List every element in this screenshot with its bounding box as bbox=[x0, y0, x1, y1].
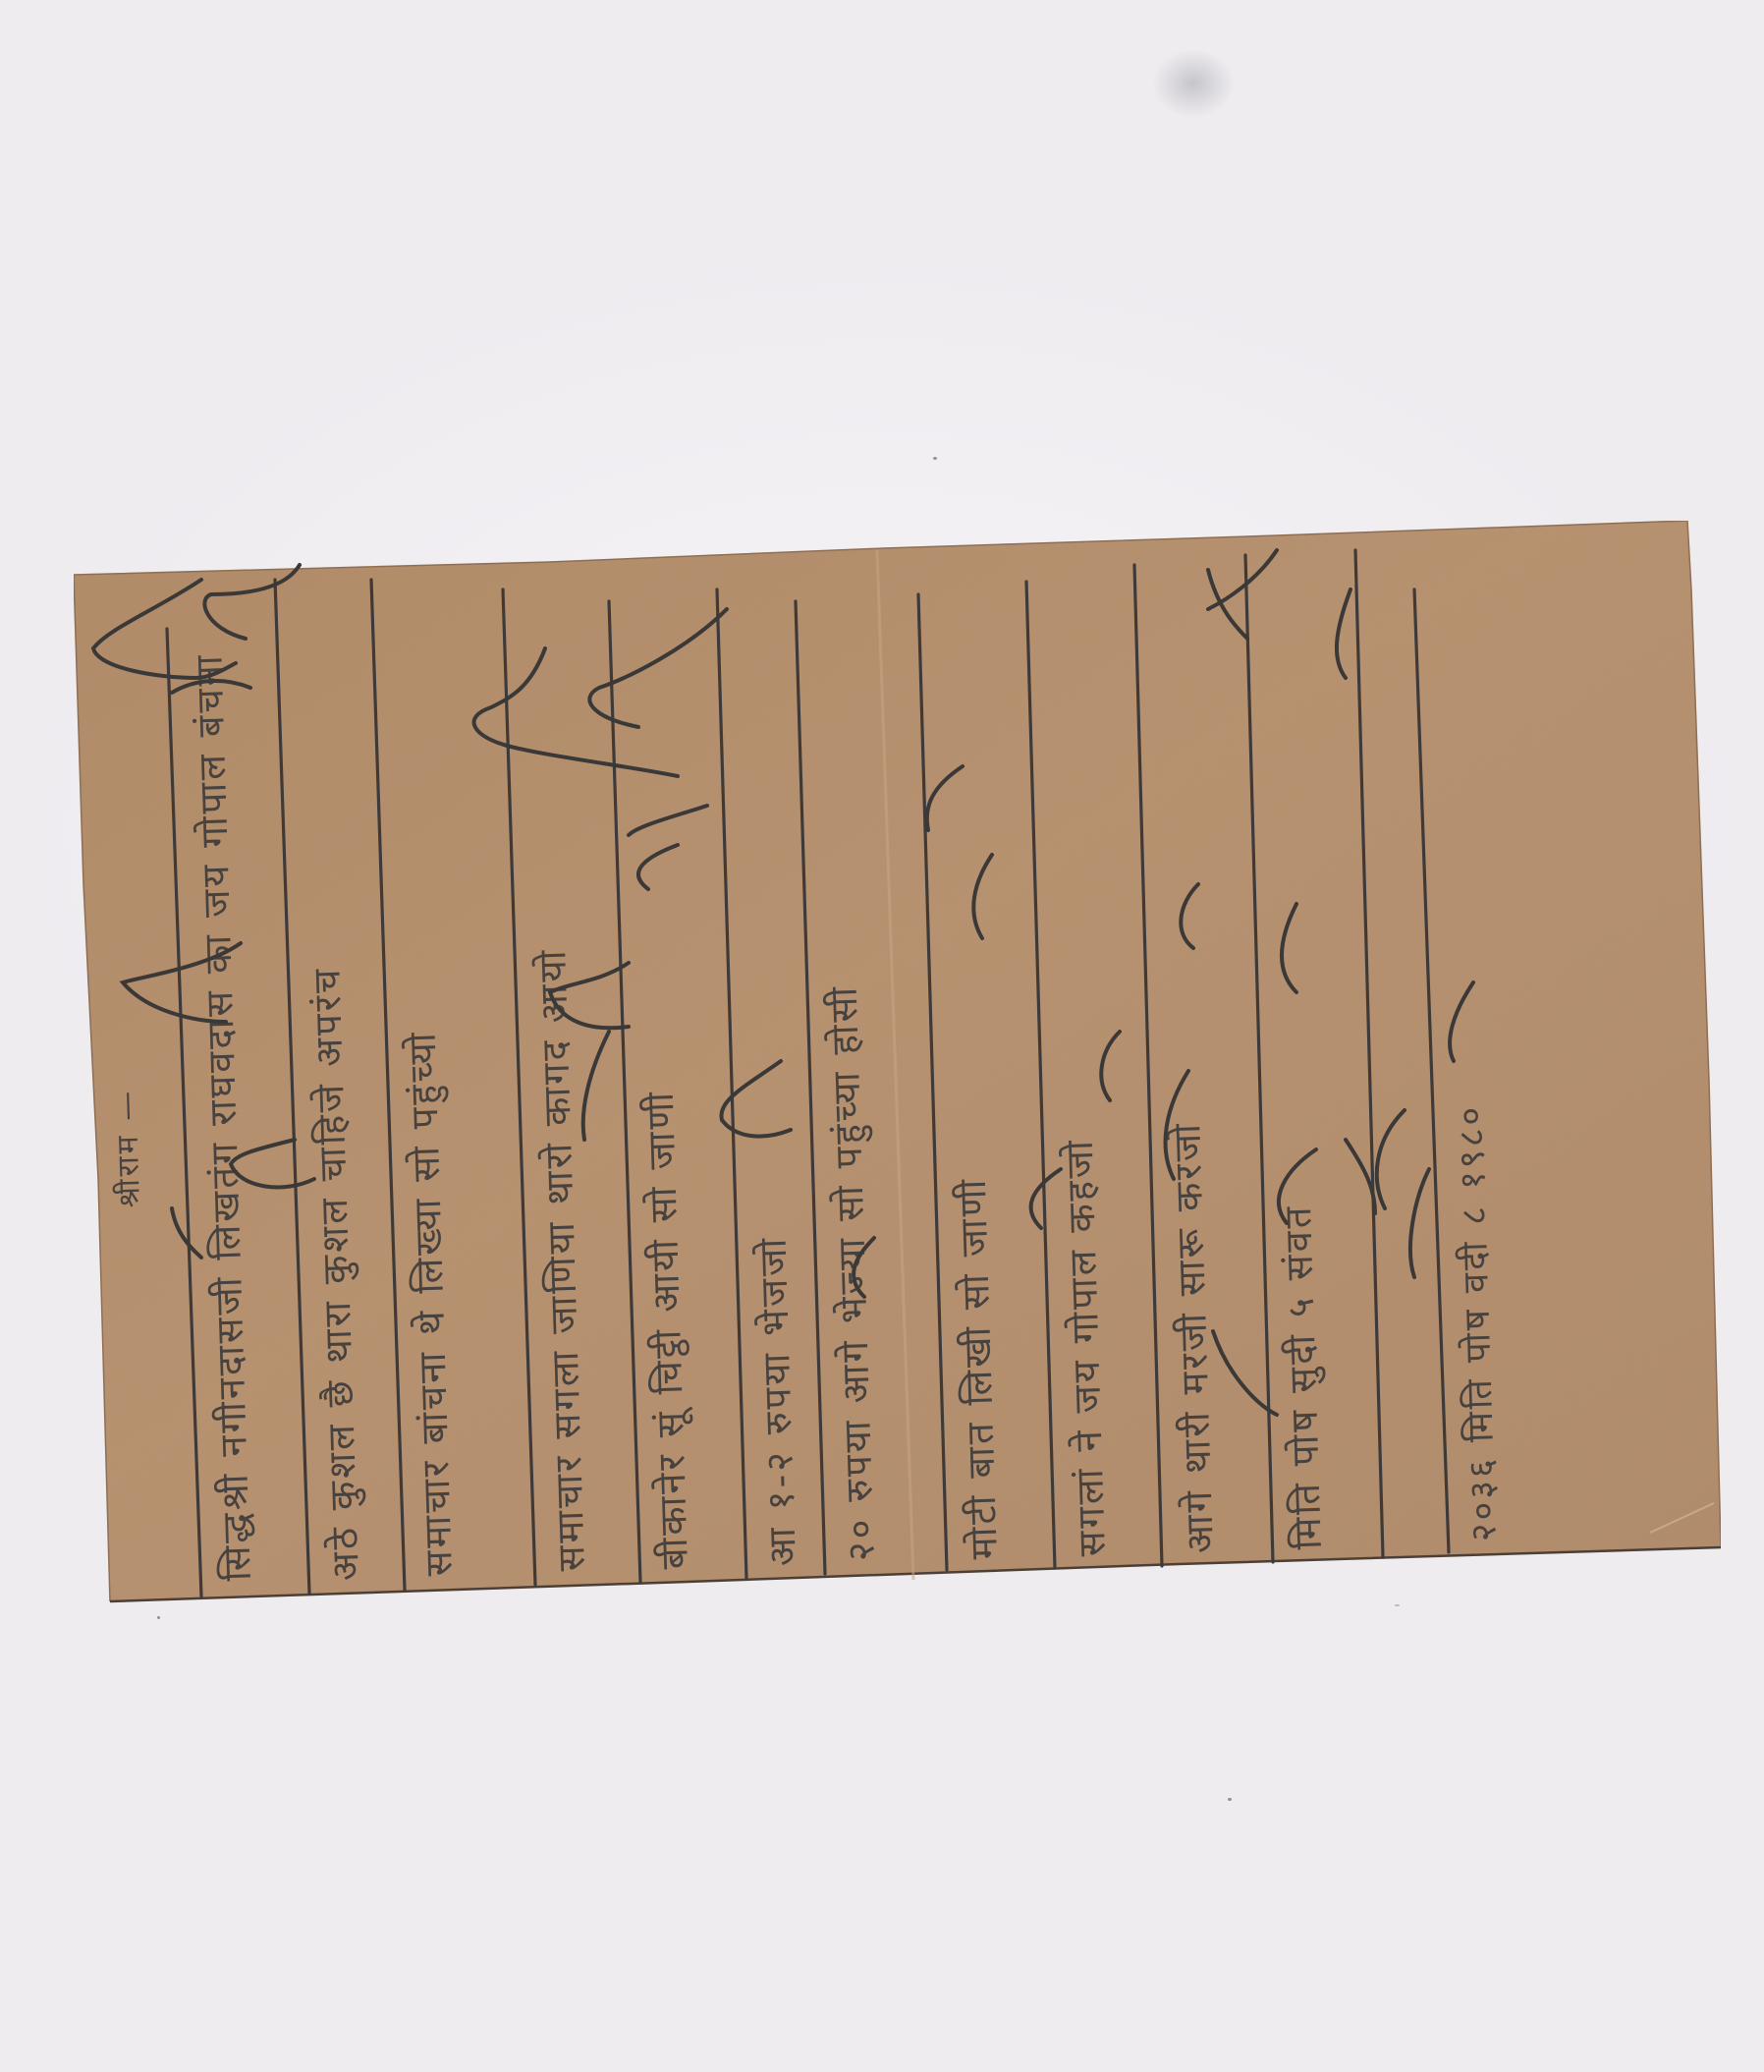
handwritten-line: मिति पोष सुदी ५ संवत bbox=[1271, 1204, 1333, 1550]
handwritten-line: आ १-२ रुपया भेजजो bbox=[745, 1235, 807, 1567]
postcard bbox=[0, 0, 1764, 2072]
header-shriram: श्रीराम — bbox=[104, 1088, 148, 1208]
